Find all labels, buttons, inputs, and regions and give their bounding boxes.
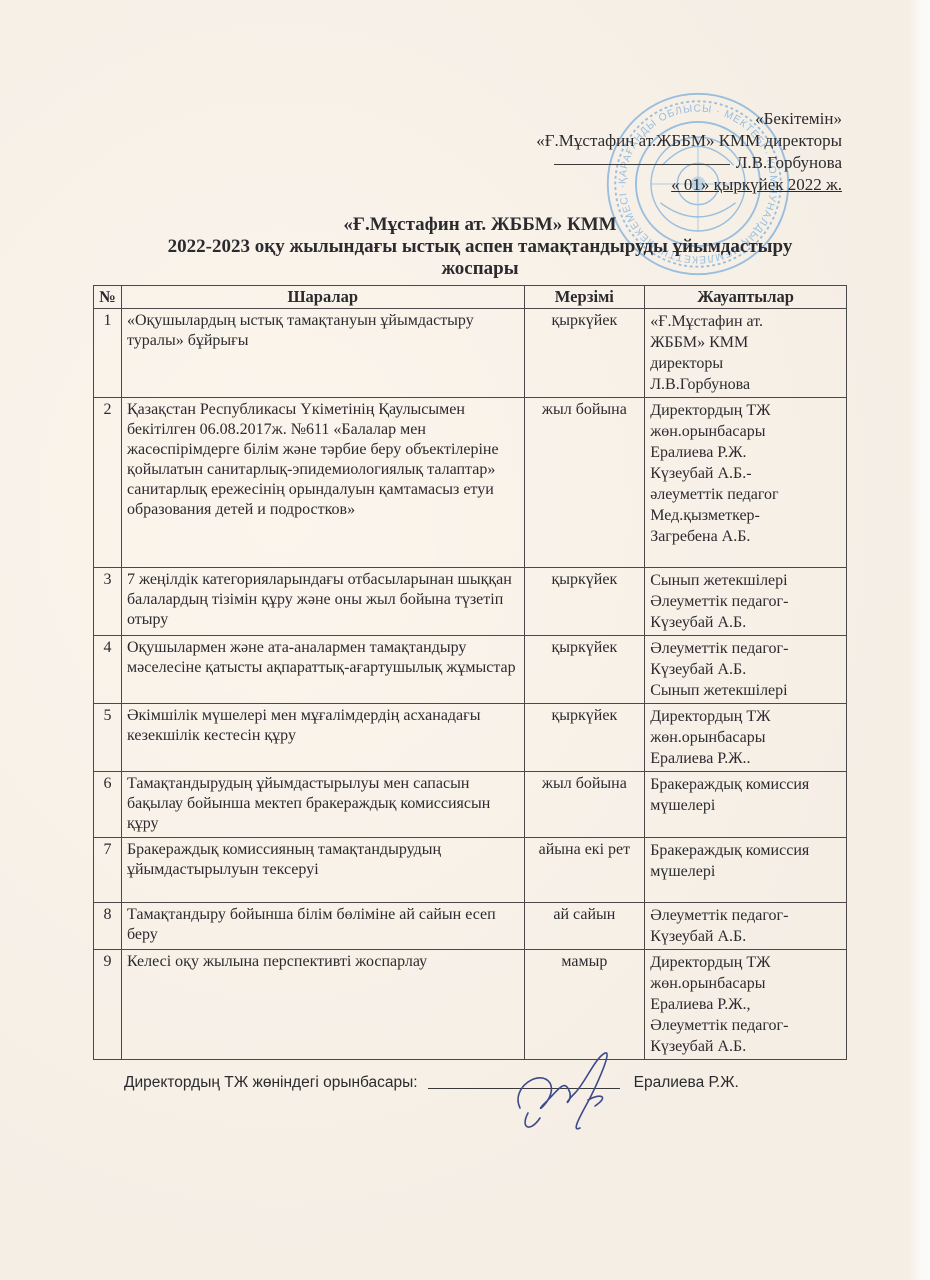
row-term: мамыр: [524, 950, 645, 1060]
row-term: айына екі рет: [524, 838, 645, 903]
responsible-line: Әлеуметтік педагог-: [650, 905, 841, 926]
row-activity: Тамақтандыру бойынша білім бөліміне ай с…: [121, 903, 524, 950]
row-term: қыркүйек: [524, 309, 645, 398]
approval-position: «Ғ.Мұстафин ат.ЖББМ» КММ директоры: [536, 130, 842, 152]
approval-heading: «Бекітемін»: [536, 108, 842, 130]
row-term: қыркүйек: [524, 636, 645, 704]
plan-table: № Шаралар Мерзімі Жауаптылар 1«Оқушылард…: [93, 285, 847, 1060]
page-edge: [908, 0, 930, 1280]
row-number: 8: [94, 903, 122, 950]
responsible-line: жөн.орынбасары: [650, 727, 841, 748]
row-activity: Оқушылармен және ата-аналармен тамақтанд…: [121, 636, 524, 704]
responsible-line: мүшелері: [650, 861, 841, 882]
responsible-line: жөн.орынбасары: [650, 973, 841, 994]
responsible-line: Күзеубай А.Б.-: [650, 463, 841, 484]
responsible-line: «Ғ.Мұстафин ат.: [650, 311, 841, 332]
document-title: «Ғ.Мұстафин ат. ЖББМ» КММ 2022-2023 оқу …: [110, 214, 850, 280]
header-term: Мерзімі: [524, 286, 645, 309]
title-main-cont: жоспары: [110, 258, 850, 280]
responsible-line: мүшелері: [650, 795, 841, 816]
responsible-line: әлеуметтік педагог: [650, 484, 841, 505]
table-row: 9Келесі оқу жылына перспективті жоспарла…: [94, 950, 847, 1060]
table-row: 4Оқушылармен және ата-аналармен тамақтан…: [94, 636, 847, 704]
row-responsible: Директордың ТЖжөн.орынбасарыЕралиева Р.Ж…: [645, 950, 847, 1060]
approval-name: Л.В.Горбунова: [736, 153, 842, 172]
footer-position: Директордың ТЖ жөніндегі орынбасары:: [124, 1074, 418, 1091]
document-page: ҚАРАҒАНДЫ ОБЛЫСЫ · МЕКТЕБІ · КОММУНАЛДЫҚ…: [0, 0, 930, 1280]
row-activity: «Оқушылардың ыстық тамақтануын ұйымдасты…: [121, 309, 524, 398]
row-number: 2: [94, 398, 122, 568]
responsible-line: Сынып жетекшілері: [650, 570, 841, 591]
row-activity: Әкімшілік мүшелері мен мұғалімдердің асх…: [121, 704, 524, 772]
row-term: жыл бойына: [524, 398, 645, 568]
responsible-line: Күзеубай А.Б.: [650, 926, 841, 947]
row-number: 1: [94, 309, 122, 398]
table-row: 2Қазақстан Республикасы Үкіметінің Қаулы…: [94, 398, 847, 568]
responsible-line: Бракераждық комиссия: [650, 774, 841, 795]
responsible-line: Мед.қызметкер-: [650, 505, 841, 526]
responsible-line: Әлеуметтік педагог-: [650, 1015, 841, 1036]
row-responsible: Бракераждық комиссиямүшелері: [645, 772, 847, 838]
header-responsible: Жауаптылар: [645, 286, 847, 309]
responsible-line: Ералиева Р.Ж.: [650, 442, 841, 463]
table-row: 37 жеңілдік категорияларындағы отбасылар…: [94, 568, 847, 636]
title-main: 2022-2023 оқу жылындағы ыстық аспен тама…: [110, 236, 850, 258]
row-responsible: Сынып жетекшілеріӘлеуметтік педагог-Күзе…: [645, 568, 847, 636]
responsible-line: ЖББМ» КММ: [650, 332, 841, 353]
row-responsible: Әлеуметтік педагог-Күзеубай А.Б.: [645, 903, 847, 950]
responsible-line: жөн.орынбасары: [650, 421, 841, 442]
responsible-line: Ералиева Р.Ж..: [650, 748, 841, 769]
table-row: 8Тамақтандыру бойынша білім бөліміне ай …: [94, 903, 847, 950]
responsible-line: Әлеуметтік педагог-: [650, 638, 841, 659]
row-term: қыркүйек: [524, 568, 645, 636]
row-activity: Келесі оқу жылына перспективті жоспарлау: [121, 950, 524, 1060]
row-term: қыркүйек: [524, 704, 645, 772]
responsible-line: директоры: [650, 353, 841, 374]
table-row: 6Тамақтандырудың ұйымдастырылуы мен сапа…: [94, 772, 847, 838]
header-number: №: [94, 286, 122, 309]
table-row: 5Әкімшілік мүшелері мен мұғалімдердің ас…: [94, 704, 847, 772]
row-term: ай сайын: [524, 903, 645, 950]
row-activity: Тамақтандырудың ұйымдастырылуы мен сапас…: [121, 772, 524, 838]
footer-name: Ералиева Р.Ж.: [634, 1074, 739, 1091]
row-responsible: «Ғ.Мұстафин ат.ЖББМ» КММдиректорыЛ.В.Гор…: [645, 309, 847, 398]
responsible-line: Загребена А.Б.: [650, 526, 841, 547]
responsible-line: Ералиева Р.Ж.,: [650, 994, 841, 1015]
approval-signature-line: Л.В.Горбунова: [536, 152, 842, 174]
row-activity: Бракераждық комиссияның тамақтандырудың …: [121, 838, 524, 903]
row-number: 5: [94, 704, 122, 772]
row-number: 6: [94, 772, 122, 838]
responsible-line: Директордың ТЖ: [650, 706, 841, 727]
responsible-line: Күзеубай А.Б.: [650, 1036, 841, 1057]
row-responsible: Әлеуметтік педагог-Күзеубай А.Б.Сынып же…: [645, 636, 847, 704]
table-header-row: № Шаралар Мерзімі Жауаптылар: [94, 286, 847, 309]
row-responsible: Бракераждық комиссиямүшелері: [645, 838, 847, 903]
row-number: 3: [94, 568, 122, 636]
signature-blank: [554, 164, 730, 165]
approval-date: « 01» қыркүйек 2022 ж.: [536, 174, 842, 196]
row-number: 9: [94, 950, 122, 1060]
responsible-line: Әлеуметтік педагог-: [650, 591, 841, 612]
responsible-line: Сынып жетекшілері: [650, 680, 841, 701]
responsible-line: Күзеубай А.Б.: [650, 659, 841, 680]
footer-signature-line: Директордың ТЖ жөніндегі орынбасары:Ерал…: [124, 1074, 824, 1092]
responsible-line: Директордың ТЖ: [650, 952, 841, 973]
header-activities: Шаралар: [121, 286, 524, 309]
row-activity: Қазақстан Республикасы Үкіметінің Қаулыс…: [121, 398, 524, 568]
row-activity: 7 жеңілдік категорияларындағы отбасылары…: [121, 568, 524, 636]
responsible-line: Л.В.Горбунова: [650, 374, 841, 395]
row-number: 4: [94, 636, 122, 704]
approval-block: «Бекітемін» «Ғ.Мұстафин ат.ЖББМ» КММ дир…: [536, 108, 842, 196]
table-row: 7Бракераждық комиссияның тамақтандырудың…: [94, 838, 847, 903]
row-number: 7: [94, 838, 122, 903]
handwritten-signature-icon: [500, 1048, 640, 1138]
title-organization: «Ғ.Мұстафин ат. ЖББМ» КММ: [110, 214, 850, 236]
responsible-line: Директордың ТЖ: [650, 400, 841, 421]
row-responsible: Директордың ТЖжөн.орынбасарыЕралиева Р.Ж…: [645, 398, 847, 568]
row-responsible: Директордың ТЖжөн.орынбасарыЕралиева Р.Ж…: [645, 704, 847, 772]
table-row: 1«Оқушылардың ыстық тамақтануын ұйымдаст…: [94, 309, 847, 398]
responsible-line: Күзеубай А.Б.: [650, 612, 841, 633]
responsible-line: Бракераждық комиссия: [650, 840, 841, 861]
row-term: жыл бойына: [524, 772, 645, 838]
